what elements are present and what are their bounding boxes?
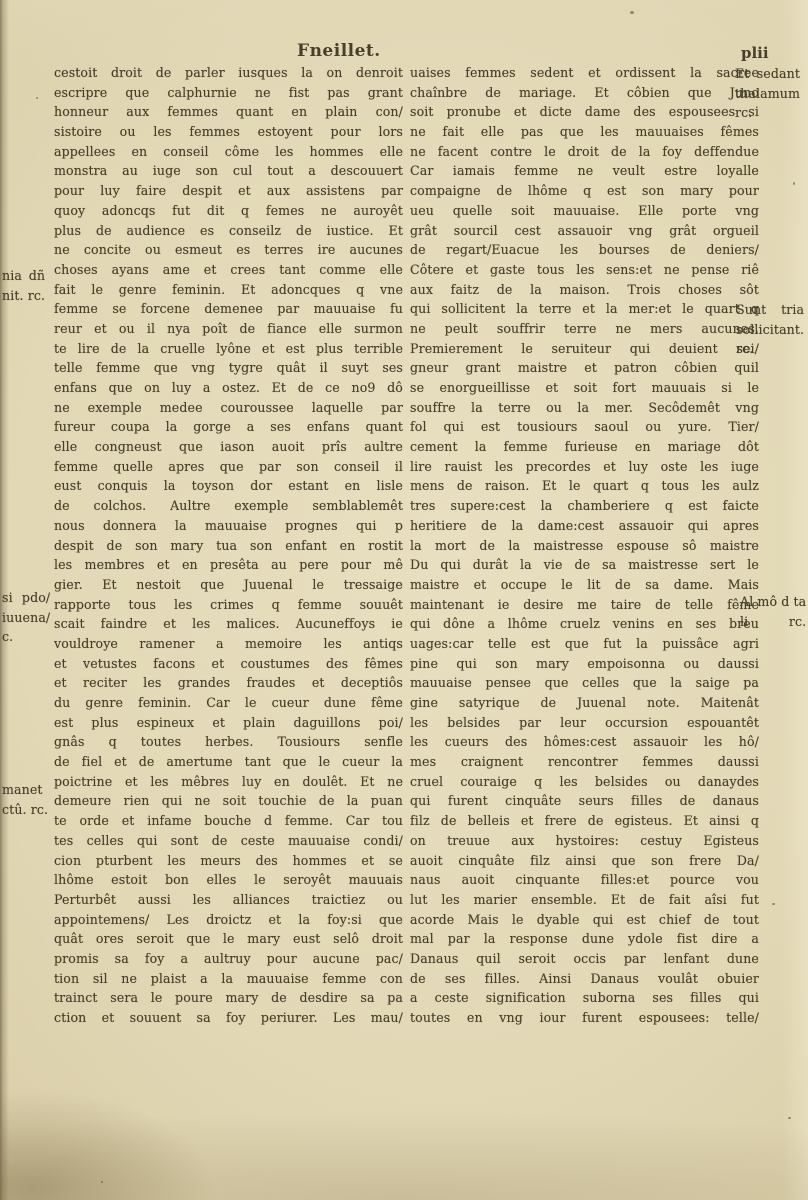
text-line: sistoire ou les femmes estoyent pour lor… [54, 122, 403, 142]
text-line: fureur coupa la gorge a ses enfans quant [54, 417, 403, 437]
ink-speck [772, 903, 775, 905]
text-line: plus de audience es conseilz de iustice.… [54, 221, 403, 241]
text-line: ction et souuent sa foy periurer. Les ma… [54, 1008, 403, 1028]
text-line: c. [2, 627, 50, 647]
text-line: compaigne de lhôme q est son mary pour [410, 181, 759, 201]
text-line: gneur grant maistre et patron côbien qui… [410, 358, 759, 378]
text-line: lire rauist les precordes et luy oste le… [410, 457, 759, 477]
text-line: cestoit droit de parler iusques la on de… [54, 63, 403, 83]
text-line: vouldroye ramener a memoire les antiqs [54, 634, 403, 654]
text-line: choses ayans ame et crees tant comme ell… [54, 260, 403, 280]
text-line: les belsides par leur occursion espouant… [410, 713, 759, 733]
text-line: monstra au iuge son cul tout a descouuer… [54, 161, 403, 181]
text-line: rc. [735, 103, 800, 123]
text-line: gnâs q toutes herbes. Tousiours senfle [54, 732, 403, 752]
text-column-right: uaises femmes sedent et ordissent la sac… [410, 63, 759, 1028]
text-line: cement la femme furieuse en mariage dôt [410, 437, 759, 457]
text-line: qui dône a lhôme cruelz venins en ses br… [410, 614, 759, 634]
text-line: rc. [736, 339, 804, 359]
text-line: mauuaise pensee que celles que la saige … [410, 673, 759, 693]
book-page-scan: Fneillet. plii cestoit droit de parler i… [0, 0, 808, 1200]
text-line: trainct sera le poure mary de desdire sa… [54, 988, 403, 1008]
text-line: tes celles qui sont de ceste mauuaise co… [54, 831, 403, 851]
ink-speck [793, 182, 795, 185]
running-title: Fneillet. [297, 41, 381, 61]
text-line: souffre la terre ou la mer. Secôdemêt vn… [410, 398, 759, 418]
ink-speck [630, 11, 634, 14]
text-line: a ceste signification suborna ses filles… [410, 988, 759, 1008]
folio-number: plii [741, 44, 769, 62]
text-line: honneur aux femmes quant en plain con/ [54, 102, 403, 122]
text-line: Sunt tria [736, 300, 804, 320]
text-line: nit. rc. [2, 286, 45, 306]
text-line: escripre que calphurnie ne fist pas gran… [54, 83, 403, 103]
text-line: iuuena/ [2, 608, 50, 628]
text-line: elle congneust que iason auoit prîs ault… [54, 437, 403, 457]
margin-note-right-3: Al mô d tali rc. [740, 592, 806, 631]
text-line: mal par la response dune ydole fist dire… [410, 929, 759, 949]
text-line: uaises femmes sedent et ordissent la sac… [410, 63, 759, 83]
text-line: eust conquis la toyson dor estant en lis… [54, 476, 403, 496]
text-line: de ses filles. Ainsi Danaus voulât obuie… [410, 969, 759, 989]
text-line: qui sollicitent la terre et la mer:et le… [410, 299, 759, 319]
text-line: nous donnera la mauuaise prognes qui p [54, 516, 403, 536]
text-line: fait le genre feminin. Et adoncques q vn… [54, 280, 403, 300]
text-line: et reciter les grandes fraudes et decept… [54, 673, 403, 693]
text-line: cruel couraige q les belsides ou danayde… [410, 772, 759, 792]
text-line: de colchos. Aultre exemple semblablemêt [54, 496, 403, 516]
text-line: ne concite ou esmeut es terres ire aucun… [54, 240, 403, 260]
margin-note-right-1: Et sedantthalamumrc. [735, 64, 800, 123]
text-line: toutes en vng iour furent espousees: tel… [410, 1008, 759, 1028]
text-line: de fiel et de amertume tant que le cueur… [54, 752, 403, 772]
text-line: heritiere de la dame:cest assauoir qui a… [410, 516, 759, 536]
text-line: mes craignent rencontrer femmes daussi [410, 752, 759, 772]
text-column-left: cestoit droit de parler iusques la on de… [54, 63, 403, 1028]
text-line: de regart/Euacue les bourses de deniers/ [410, 240, 759, 260]
text-line: enfans que on luy a ostez. Et de ce no9 … [54, 378, 403, 398]
text-line: nia dñ [2, 266, 45, 286]
text-line: ctû. rc. [2, 800, 48, 820]
text-line: maistre et occupe le lit de sa dame. Mai… [410, 575, 759, 595]
text-line: acorde Mais le dyable qui est chief de t… [410, 910, 759, 930]
text-line: lhôme estoit bon elles le seroyêt mauuai… [54, 870, 403, 890]
margin-note-left-3: manetctû. rc. [2, 780, 48, 819]
text-line: scait faindre et les malices. Aucuneffoy… [54, 614, 403, 634]
margin-note-left-2: si pdo/iuuena/c. [2, 588, 50, 647]
text-line: filz de belleis et frere de egisteus. Et… [410, 811, 759, 831]
ink-speck [101, 1181, 103, 1183]
text-line: gier. Et nestoit que Juuenal le tressaig… [54, 575, 403, 595]
text-line: manet [2, 780, 48, 800]
text-line: pine qui son mary empoisonna ou daussi [410, 654, 759, 674]
text-line: on treuue aux hystoires: cestuy Egisteus [410, 831, 759, 851]
text-line: et vetustes facons et coustumes des fême… [54, 654, 403, 674]
text-line: Car iamais femme ne veult estre loyalle [410, 161, 759, 181]
text-line: quoy adoncqs fut dit q femes ne auroyêt [54, 201, 403, 221]
text-line: ne peult souffrir terre ne mers aucunes. [410, 319, 759, 339]
text-line: du genre feminin. Car le cueur dune fême [54, 693, 403, 713]
text-line: Danaus quil seroit occis par lenfant dun… [410, 949, 759, 969]
text-line: sollicitant. [736, 320, 804, 340]
text-line: li rc. [740, 612, 806, 632]
text-line: tres supere:cest la chamberiere q est fa… [410, 496, 759, 516]
text-line: femme quelle apres que par son conseil i… [54, 457, 403, 477]
text-line: ne fait elle pas que les mauuaises fêmes [410, 122, 759, 142]
text-line: grât sourcil cest assauoir vng grât orgu… [410, 221, 759, 241]
margin-note-right-2: Sunt triasollicitant.rc. [736, 300, 804, 359]
ink-speck [788, 1117, 791, 1119]
text-line: naus auoit cinquante filles:et pource vo… [410, 870, 759, 890]
text-line: lut les marier ensemble. Et de fait aîsi… [410, 890, 759, 910]
text-line: les membres et en presêta au pere pour m… [54, 555, 403, 575]
text-line: quât ores seroit que le mary eust selô d… [54, 929, 403, 949]
text-line: te orde et infame bouche d femme. Car to… [54, 811, 403, 831]
text-line: fol qui est tousiours saoul ou yure. Tie… [410, 417, 759, 437]
text-line: Du qui durât la vie de sa maistresse ser… [410, 555, 759, 575]
text-line: aux faitz de la maison. Trois choses sôt [410, 280, 759, 300]
ink-speck [36, 97, 38, 99]
text-line: chaînbre de mariage. Et côbien que Juno [410, 83, 759, 103]
text-line: qui furent cinquâte seurs filles de dana… [410, 791, 759, 811]
text-line: despit de son mary tua son enfant en ros… [54, 536, 403, 556]
text-line: appointemens/ Les droictz et la foy:si q… [54, 910, 403, 930]
text-line: mens de raison. Et le quart q tous les a… [410, 476, 759, 496]
text-line: tion sil ne plaist a la mauuaise femme c… [54, 969, 403, 989]
text-line: Premierement le seruiteur qui deuient se… [410, 339, 759, 359]
text-line: pour luy faire despit et aux assistens p… [54, 181, 403, 201]
text-line: Et sedant [735, 64, 800, 84]
text-line: les cueurs des hômes:cest assauoir les h… [410, 732, 759, 752]
text-line: promis sa foy a aultruy pour aucune pac/ [54, 949, 403, 969]
text-line: maintenant ie desire me taire de telle f… [410, 595, 759, 615]
text-line: cion pturbent les meurs des hommes et se [54, 851, 403, 871]
text-line: se enorgueillisse et soit fort mauuais s… [410, 378, 759, 398]
text-line: demeure rien qui ne soit touchie de la p… [54, 791, 403, 811]
text-line: Côtere et gaste tous les sens:et ne pens… [410, 260, 759, 280]
text-line: Al mô d ta [740, 592, 806, 612]
margin-note-left-1: nia dñnit. rc. [2, 266, 45, 305]
text-line: telle femme que vng tygre quât il suyt s… [54, 358, 403, 378]
text-line: Perturbêt aussi les alliances traictiez … [54, 890, 403, 910]
text-line: appellees en conseil côme les hommes ell… [54, 142, 403, 162]
text-line: si pdo/ [2, 588, 50, 608]
text-line: gine satyrique de Juuenal note. Maitenât [410, 693, 759, 713]
text-line: thalamum [735, 84, 800, 104]
text-line: soit pronube et dicte dame des espousees… [410, 102, 759, 122]
text-line: ueu quelle soit mauuaise. Elle porte vng [410, 201, 759, 221]
text-line: rapporte tous les crimes q femme souuêt [54, 595, 403, 615]
text-line: la mort de la maistresse espouse sô mais… [410, 536, 759, 556]
text-line: reur et ou il nya poît de fiance elle su… [54, 319, 403, 339]
text-line: ne facent contre le droit de la foy deff… [410, 142, 759, 162]
text-line: femme se forcene demenee par mauuaise fu [54, 299, 403, 319]
text-line: est plus espineux et plain daguillons po… [54, 713, 403, 733]
text-line: uages:car telle est que fut la puissâce … [410, 634, 759, 654]
text-line: te lire de la cruelle lyône et est plus … [54, 339, 403, 359]
text-line: poictrine et les mêbres luy en doulêt. E… [54, 772, 403, 792]
text-line: ne exemple medee couroussee laquelle par [54, 398, 403, 418]
text-line: auoit cinquâte filz ainsi que son frere … [410, 851, 759, 871]
